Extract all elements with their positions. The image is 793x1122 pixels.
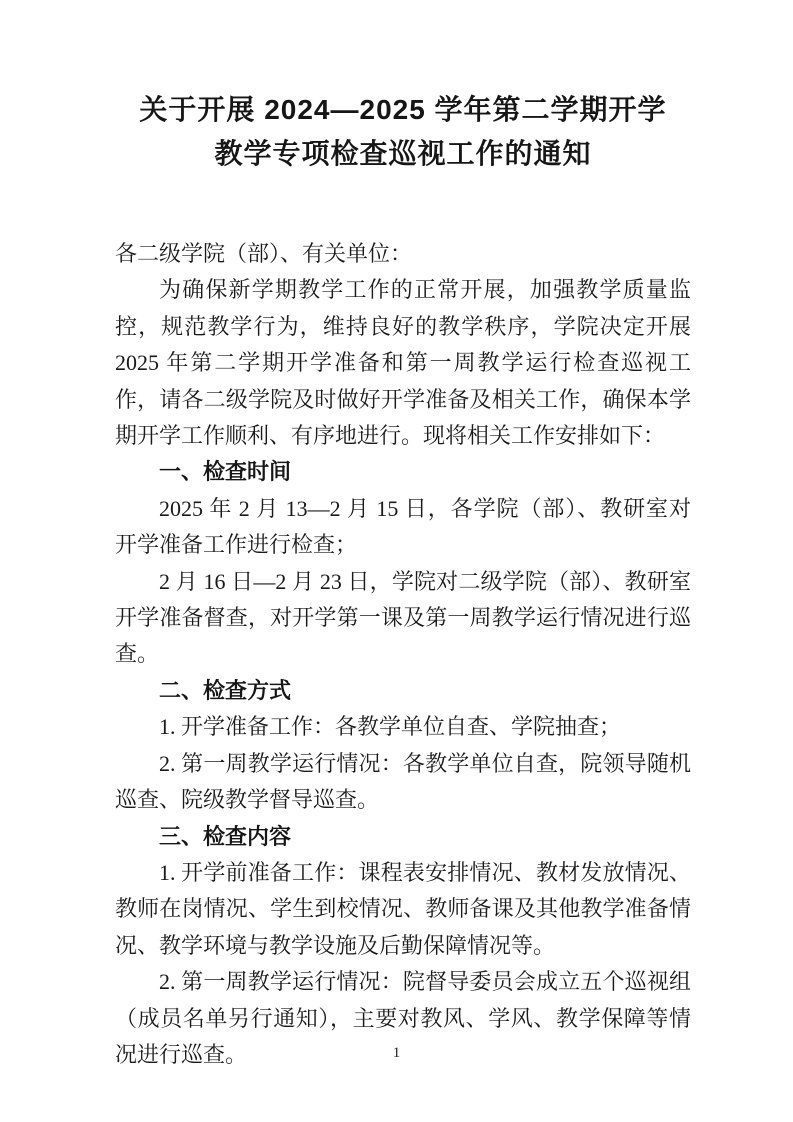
section-1-paragraph-1: 2025 年 2 月 13—2 月 15 日，各学院（部）、教研室对开学准备工作…: [115, 491, 691, 564]
document-page: 关于开展 2024—2025 学年第二学期开学 教学专项检查巡视工作的通知 各二…: [0, 0, 793, 1122]
intro-paragraph: 为确保新学期教学工作的正常开展，加强教学质量监控，规范教学行为，维持良好的教学秩…: [115, 272, 691, 454]
document-title: 关于开展 2024—2025 学年第二学期开学 教学专项检查巡视工作的通知: [115, 88, 691, 176]
document-content: 关于开展 2024—2025 学年第二学期开学 教学专项检查巡视工作的通知 各二…: [115, 88, 691, 1073]
section-3-paragraph-1: 1. 开学前准备工作：课程表安排情况、教材发放情况、教师在岗情况、学生到校情况、…: [115, 855, 691, 964]
section-heading-1: 一、检查时间: [115, 454, 691, 490]
section-2-paragraph-2: 2. 第一周教学运行情况：各教学单位自查，院领导随机巡查、院级教学督导巡查。: [115, 746, 691, 819]
section-heading-3: 三、检查内容: [115, 819, 691, 855]
title-line-1: 关于开展 2024—2025 学年第二学期开学: [115, 88, 691, 132]
section-heading-2: 二、检查方式: [115, 673, 691, 709]
page-number: 1: [0, 1044, 793, 1062]
section-2-paragraph-1: 1. 开学准备工作：各教学单位自查、学院抽查；: [115, 709, 691, 745]
document-body: 各二级学院（部）、有关单位： 为确保新学期教学工作的正常开展，加强教学质量监控，…: [115, 236, 691, 1073]
section-1-paragraph-2: 2 月 16 日—2 月 23 日，学院对二级学院（部）、教研室开学准备督查，对…: [115, 564, 691, 673]
title-line-2: 教学专项检查巡视工作的通知: [115, 132, 691, 176]
salutation: 各二级学院（部）、有关单位：: [115, 236, 691, 272]
